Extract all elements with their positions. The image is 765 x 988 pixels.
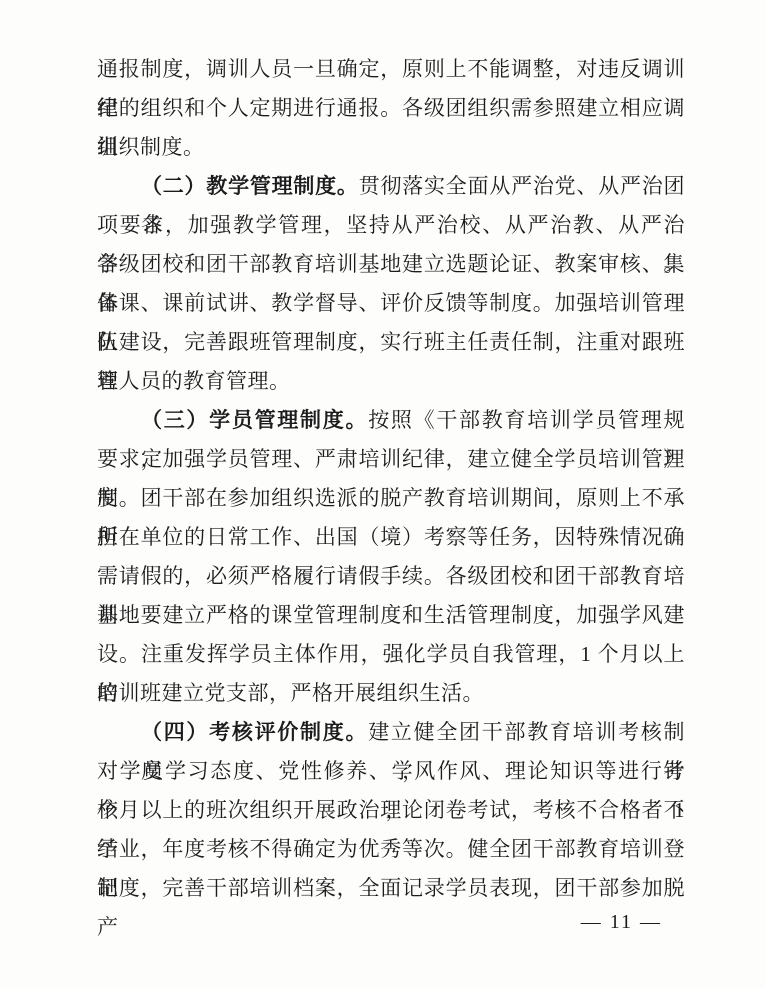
text-line: 通报制度，调训人员一旦确定，原则上不能调整，对违反调训纪 bbox=[97, 50, 685, 89]
document-page: 通报制度，调训人员一旦确定，原则上不能调整，对违反调训纪律的组织和个人定期进行通… bbox=[0, 0, 765, 988]
text-line: 设。注重发挥学员主体作用，强化学员自我管理，1 个月以上的 bbox=[97, 635, 685, 674]
text-segment: 培训班建立党支部，严格开展组织生活。 bbox=[97, 681, 484, 705]
text-line: 要求，加强学员管理、严肃培训纪律，建立健全学员培训管理制 bbox=[97, 440, 685, 479]
text-line: 度。团干部在参加组织选派的脱产教育培训期间，原则上不承担 bbox=[97, 479, 685, 518]
text-line: 理人员的教育管理。 bbox=[97, 362, 685, 401]
text-segment: 所在单位的日常工作、出国（境）考察等任务，因特殊情况确 bbox=[97, 525, 685, 549]
text-line: 个月以上的班次组织开展政治理论闭卷考试，考核不合格者不予 bbox=[97, 791, 685, 830]
paragraph-heading: （二）教学管理制度。 bbox=[141, 174, 359, 198]
text-line: 项要求，加强教学管理，坚持从严治校、从严治教、从严治学。 bbox=[97, 206, 685, 245]
text-line: （二）教学管理制度。贯彻落实全面从严治党、从严治团各 bbox=[97, 167, 685, 206]
text-line: 培训班建立党支部，严格开展组织生活。 bbox=[97, 674, 685, 713]
text-line: 制度，完善干部培训档案，全面记录学员表现，团干部参加脱产 bbox=[97, 869, 685, 908]
text-line: 伍建设，完善跟班管理制度，实行班主任责任制，注重对跟班管 bbox=[97, 323, 685, 362]
text-segment: 理人员的教育管理。 bbox=[97, 369, 291, 393]
text-line: 组织制度。 bbox=[97, 128, 685, 167]
text-line: 律的组织和个人定期进行通报。各级团组织需参照建立相应调训 bbox=[97, 89, 685, 128]
paragraph-heading: （三）学员管理制度。 bbox=[141, 408, 368, 432]
text-line: 基地要建立严格的课堂管理制度和生活管理制度，加强学风建 bbox=[97, 596, 685, 635]
paragraph-heading: （四）考核评价制度。 bbox=[141, 720, 368, 744]
text-line: （四）考核评价制度。建立健全团干部教育培训考核制度，针 bbox=[97, 713, 685, 752]
text-line: 各级团校和团干部教育培训基地建立选题论证、教案审核、集体 bbox=[97, 245, 685, 284]
text-line: 所在单位的日常工作、出国（境）考察等任务，因特殊情况确 bbox=[97, 518, 685, 557]
text-line: 结业，年度考核不得确定为优秀等次。健全团干部教育培训登记 bbox=[97, 830, 685, 869]
text-line: 对学员学习态度、党性修养、学风作风、理论知识等进行考核，1 bbox=[97, 752, 685, 791]
text-line: 需请假的，必须严格履行请假手续。各级团校和团干部教育培训 bbox=[97, 557, 685, 596]
text-segment: 组织制度。 bbox=[97, 135, 205, 159]
text-line: （三）学员管理制度。按照《干部教育培训学员管理规定》 bbox=[97, 401, 685, 440]
document-lines: 通报制度，调训人员一旦确定，原则上不能调整，对违反调训纪律的组织和个人定期进行通… bbox=[97, 50, 685, 908]
text-line: 备课、课前试讲、教学督导、评价反馈等制度。加强培训管理队 bbox=[97, 284, 685, 323]
text-segment: 基地要建立严格的课堂管理制度和生活管理制度，加强学风建 bbox=[97, 603, 685, 627]
page-number: — 11 — bbox=[581, 905, 662, 939]
